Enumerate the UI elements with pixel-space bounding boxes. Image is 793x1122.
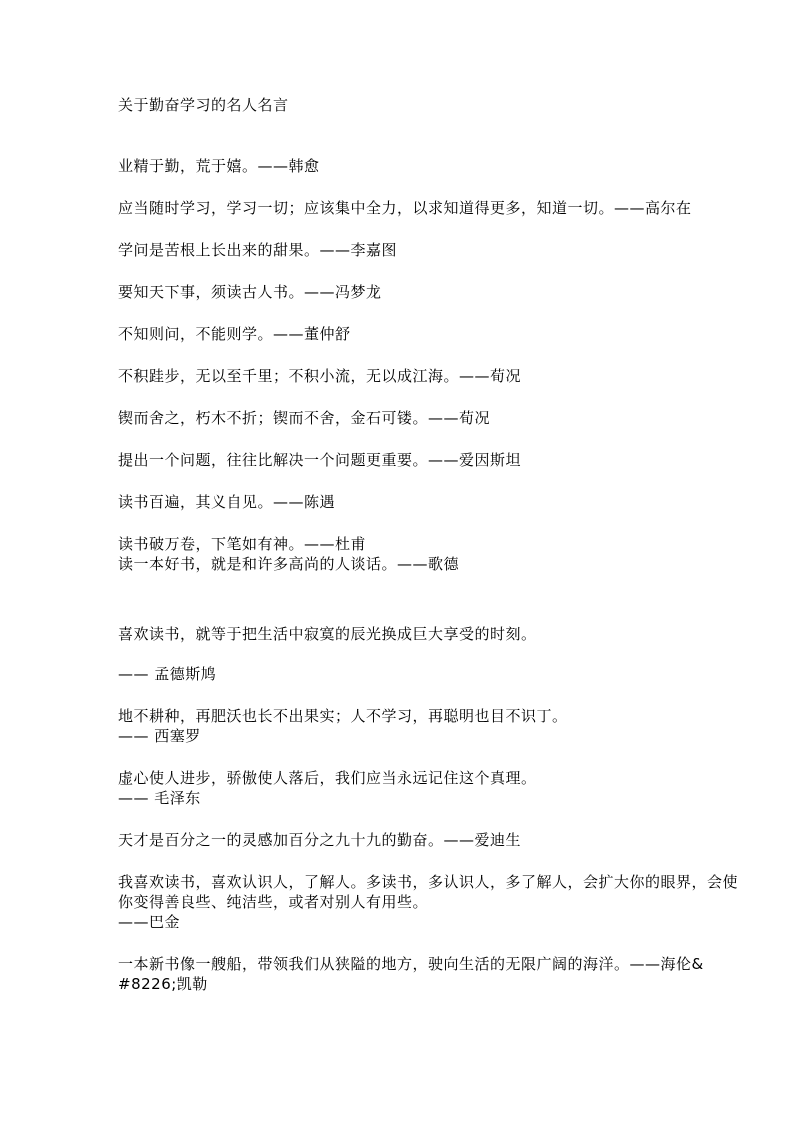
quote-line: 不知则问，不能则学。——董仲舒 bbox=[118, 324, 680, 344]
quote-line: 锲而舍之，朽木不折；锲而不舍，金石可镂。——荀况 bbox=[118, 408, 680, 428]
quote-line: #8226;凯勒 bbox=[118, 974, 680, 994]
quote-line: 喜欢读书，就等于把生活中寂寞的辰光换成巨大享受的时刻。 bbox=[118, 624, 680, 644]
quote-line: 我喜欢读书，喜欢认识人，了解人。多读书，多认识人，多了解人，会扩大你的眼界，会使 bbox=[118, 872, 680, 892]
document-content: 关于勤奋学习的名人名言 业精于勤，荒于嬉。——韩愈 应当随时学习，学习一切；应该… bbox=[118, 95, 680, 1016]
quote-paragraph: 应当随时学习，学习一切；应该集中全力，以求知道得更多，知道一切。——高尔在 bbox=[118, 198, 680, 218]
quote-paragraph: 地不耕种，再肥沃也长不出果实；人不学习，再聪明也目不识丁。 —— 西塞罗 bbox=[118, 706, 680, 746]
quote-paragraph: 不积跬步，无以至千里；不积小流，无以成江海。——荀况 bbox=[118, 366, 680, 386]
quote-line: —— 孟德斯鸠 bbox=[118, 664, 680, 684]
quote-paragraph: 业精于勤，荒于嬉。——韩愈 bbox=[118, 156, 680, 176]
quote-author-line: —— 孟德斯鸠 bbox=[118, 664, 680, 684]
quote-line: 读一本好书，就是和许多高尚的人谈话。——歌德 bbox=[118, 554, 680, 574]
quote-line: 不积跬步，无以至千里；不积小流，无以成江海。——荀况 bbox=[118, 366, 680, 386]
quote-line: 读书百遍，其义自见。——陈遇 bbox=[118, 492, 680, 512]
quote-line: 应当随时学习，学习一切；应该集中全力，以求知道得更多，知道一切。——高尔在 bbox=[118, 198, 680, 218]
quote-line: 业精于勤，荒于嬉。——韩愈 bbox=[118, 156, 680, 176]
document-title: 关于勤奋学习的名人名言 bbox=[118, 95, 680, 115]
quote-paragraph: 喜欢读书，就等于把生活中寂寞的辰光换成巨大享受的时刻。 bbox=[118, 624, 680, 644]
quote-line: 你变得善良些、纯洁些，或者对别人有用些。 bbox=[118, 892, 680, 912]
quote-line: ——巴金 bbox=[118, 912, 680, 932]
quote-paragraph: 天才是百分之一的灵感加百分之九十九的勤奋。——爱迪生 bbox=[118, 830, 680, 850]
quote-line: 提出一个问题，往往比解决一个问题更重要。——爱因斯坦 bbox=[118, 450, 680, 470]
quote-line: 地不耕种，再肥沃也长不出果实；人不学习，再聪明也目不识丁。 bbox=[118, 706, 680, 726]
quote-paragraph: 读书破万卷，下笔如有神。——杜甫 读一本好书，就是和许多高尚的人谈话。——歌德 bbox=[118, 534, 680, 574]
quote-line: 学问是苦根上长出来的甜果。——李嘉图 bbox=[118, 240, 680, 260]
quote-line: —— 西塞罗 bbox=[118, 726, 680, 746]
quote-line: —— 毛泽东 bbox=[118, 788, 680, 808]
quote-paragraph: 虚心使人进步，骄傲使人落后，我们应当永远记住这个真理。 —— 毛泽东 bbox=[118, 768, 680, 808]
quote-paragraph: 我喜欢读书，喜欢认识人，了解人。多读书，多认识人，多了解人，会扩大你的眼界，会使… bbox=[118, 872, 680, 932]
quote-paragraph: 一本新书像一艘船，带领我们从狭隘的地方，驶向生活的无限广阔的海洋。——海伦& #… bbox=[118, 954, 680, 994]
quote-paragraph: 要知天下事，须读古人书。——冯梦龙 bbox=[118, 282, 680, 302]
quote-paragraph: 提出一个问题，往往比解决一个问题更重要。——爱因斯坦 bbox=[118, 450, 680, 470]
quote-paragraph: 不知则问，不能则学。——董仲舒 bbox=[118, 324, 680, 344]
document-page: 关于勤奋学习的名人名言 业精于勤，荒于嬉。——韩愈 应当随时学习，学习一切；应该… bbox=[0, 0, 793, 1122]
quote-paragraph: 读书百遍，其义自见。——陈遇 bbox=[118, 492, 680, 512]
quote-line: 读书破万卷，下笔如有神。——杜甫 bbox=[118, 534, 680, 554]
quote-paragraph: 学问是苦根上长出来的甜果。——李嘉图 bbox=[118, 240, 680, 260]
quote-line: 一本新书像一艘船，带领我们从狭隘的地方，驶向生活的无限广阔的海洋。——海伦& bbox=[118, 954, 680, 974]
quote-paragraph: 锲而舍之，朽木不折；锲而不舍，金石可镂。——荀况 bbox=[118, 408, 680, 428]
quote-line: 虚心使人进步，骄傲使人落后，我们应当永远记住这个真理。 bbox=[118, 768, 680, 788]
quote-line: 要知天下事，须读古人书。——冯梦龙 bbox=[118, 282, 680, 302]
quote-line: 天才是百分之一的灵感加百分之九十九的勤奋。——爱迪生 bbox=[118, 830, 680, 850]
